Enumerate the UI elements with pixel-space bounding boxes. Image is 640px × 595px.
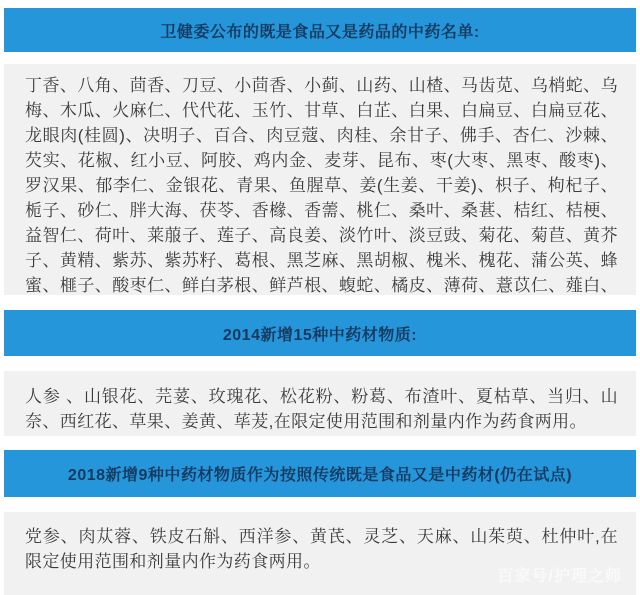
section-3-body-panel: 党参、肉苁蓉、铁皮石斛、西洋参、黄芪、灵芝、天麻、山茱萸、杜仲叶,在限定使用范围… [4,512,636,595]
section-2-header-text: 2014新增15种中药材物质: [223,322,417,345]
section-1-header-text: 卫健委公布的既是食品又是药品的中药名单: [160,19,479,42]
section-2-herb-list-text: 人参 、山银花、芫荽、玫瑰花、松花粉、粉葛、布渣叶、夏枯草、当归、山奈、西红花、… [25,387,618,431]
section-2-body-panel: 人参 、山银花、芫荽、玫瑰花、松花粉、粉葛、布渣叶、夏枯草、当归、山奈、西红花、… [4,371,636,436]
section-3-header-bar: 2018新增9种中药材物质作为按照传统既是食品又是中药材(仍在试点) [4,450,636,497]
section-3-herb-list-text: 党参、肉苁蓉、铁皮石斛、西洋参、黄芪、灵芝、天麻、山茱萸、杜仲叶,在限定使用范围… [25,527,618,571]
article-page: 卫健委公布的既是食品又是药品的中药名单: 丁香、八角、茴香、刀豆、小茴香、小蓟、… [0,0,640,595]
section-1-body-panel: 丁香、八角、茴香、刀豆、小茴香、小蓟、山药、山楂、马齿苋、乌梢蛇、乌梅、木瓜、火… [4,64,636,295]
section-2-header-bar: 2014新增15种中药材物质: [4,310,636,356]
baijiahao-watermark: 百家号/护理之师 [498,564,622,589]
section-3-header-text: 2018新增9种中药材物质作为按照传统既是食品又是中药材(仍在试点) [68,462,572,485]
section-1-header-bar: 卫健委公布的既是食品又是药品的中药名单: [4,8,636,52]
section-1-herb-list-text: 丁香、八角、茴香、刀豆、小茴香、小蓟、山药、山楂、马齿苋、乌梢蛇、乌梅、木瓜、火… [25,76,618,295]
